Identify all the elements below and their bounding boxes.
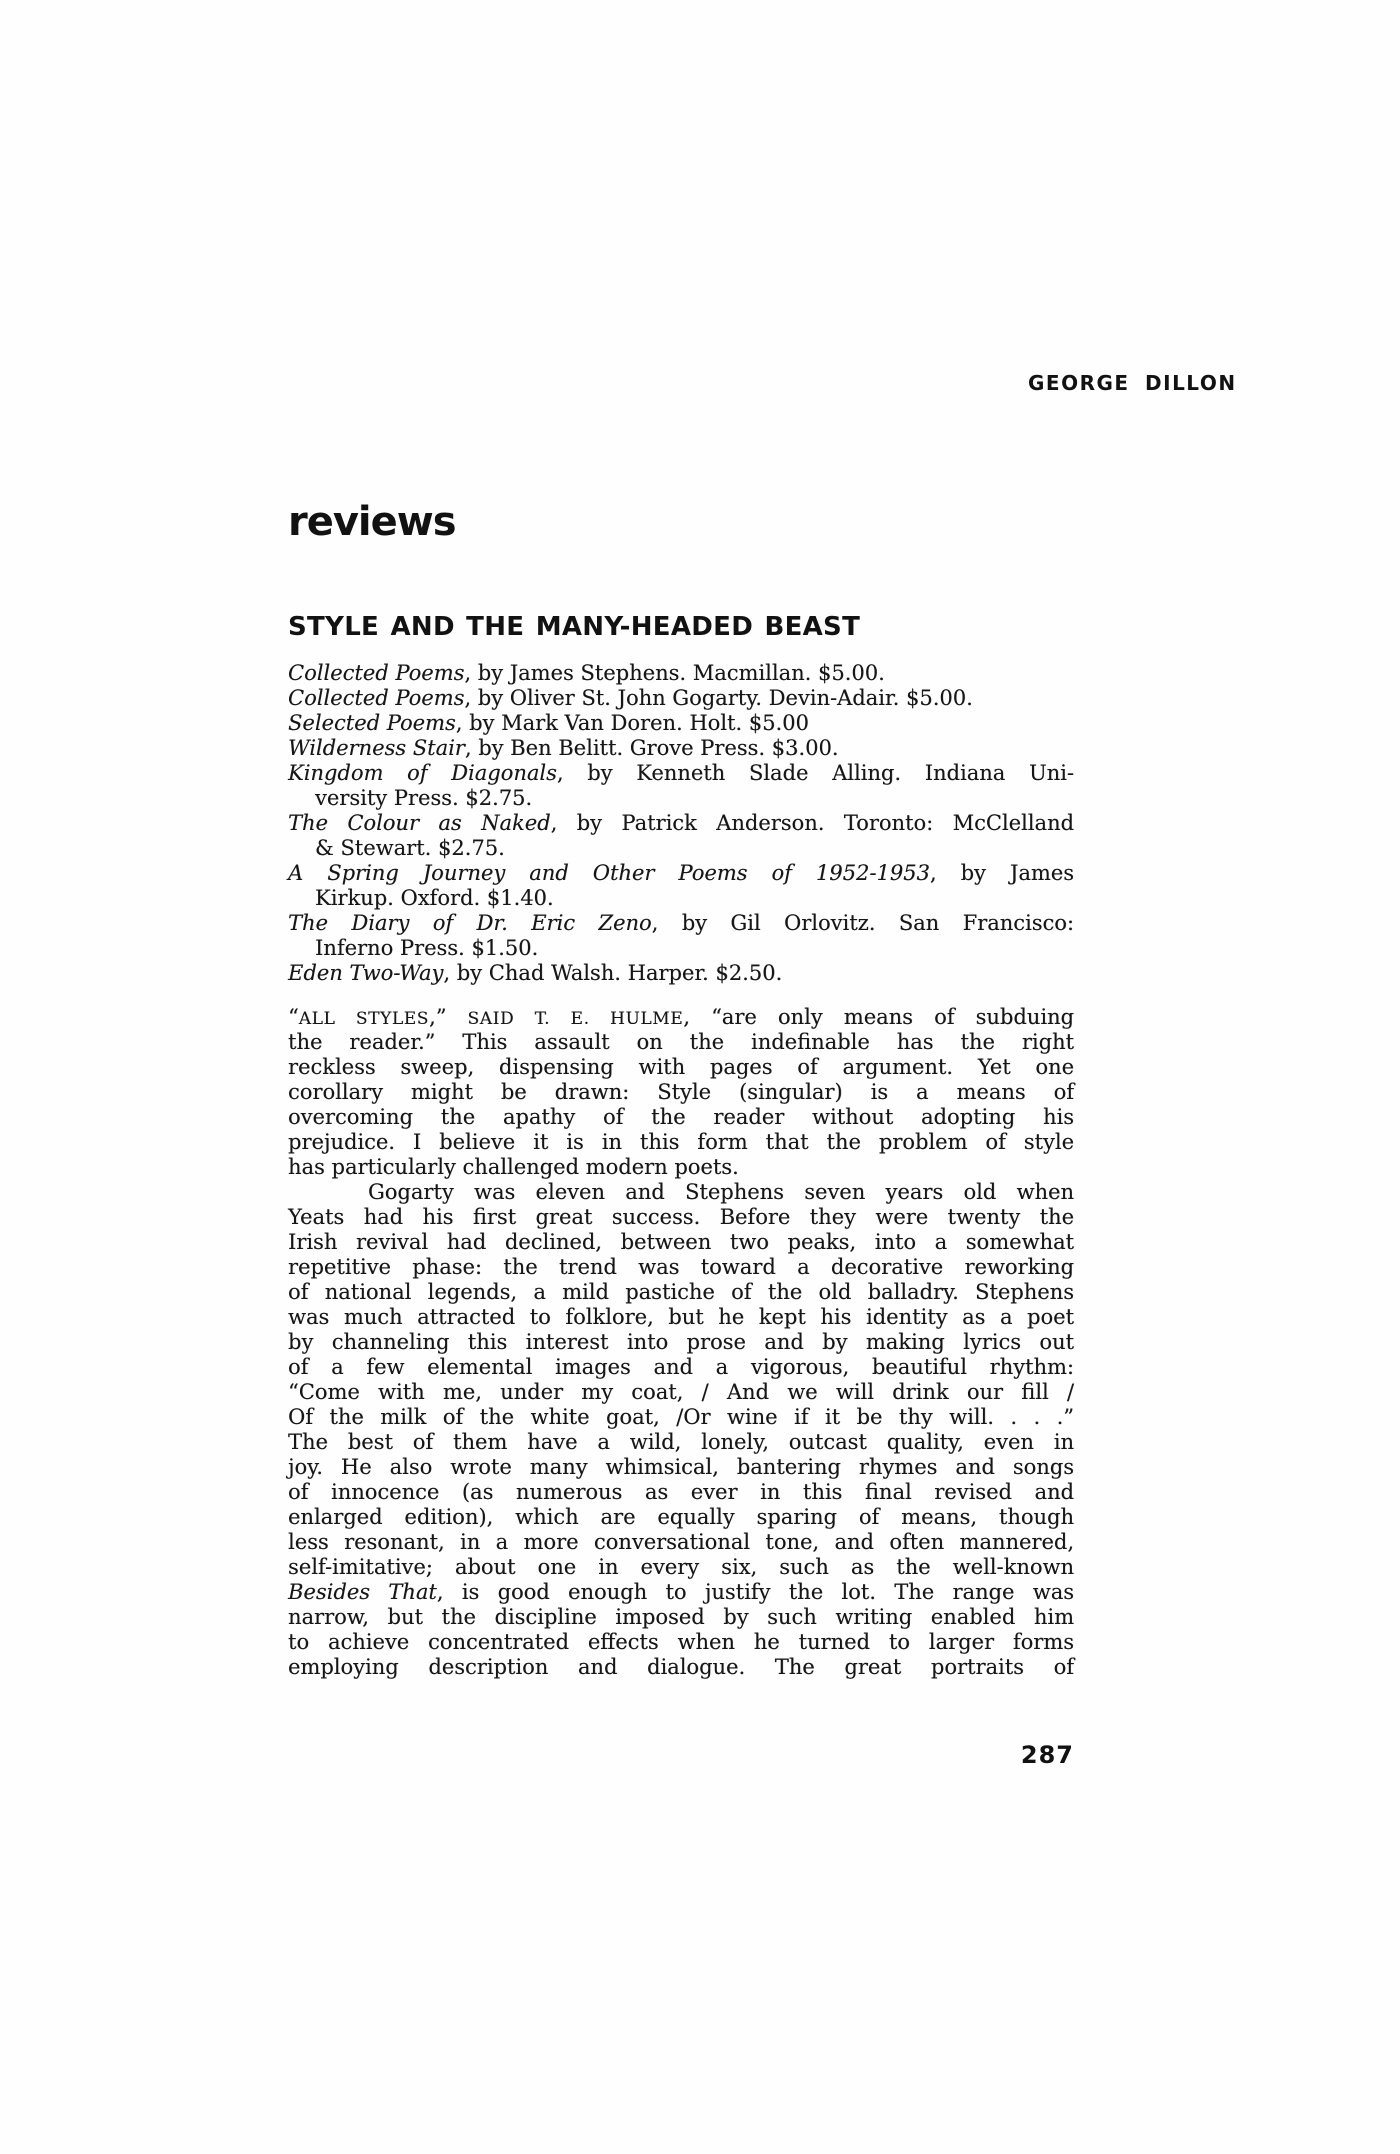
paragraph-line: “Come with me, under my coat, / And we w… [288, 1380, 1074, 1405]
book-entry-line: Collected Poems, by Oliver St. John Goga… [288, 686, 1074, 711]
book-entry: Wilderness Stair, by Ben Belitt. Grove P… [288, 736, 1074, 761]
paragraph-line: narrow, but the discipline imposed by su… [288, 1605, 1074, 1630]
book-entry-line: versity Press. $2.75. [288, 786, 1074, 811]
paragraph-line: reckless sweep, dispensing with pages of… [288, 1055, 1074, 1080]
paragraph-line: was much attracted to folklore, but he k… [288, 1305, 1074, 1330]
paragraph-line: enlarged edition), which are equally spa… [288, 1505, 1074, 1530]
paragraph-line: Irish revival had declined, between two … [288, 1230, 1074, 1255]
article-heading: STYLE AND THE MANY-HEADED BEAST [288, 612, 860, 642]
paragraph-line: “ALL STYLES,” SAID T. E. HULME, “are onl… [288, 1005, 1074, 1030]
running-header-author: GEORGE DILLON [1028, 371, 1237, 395]
book-entry-line: Kingdom of Diagonals, by Kenneth Slade A… [288, 761, 1074, 786]
book-entry: Collected Poems, by James Stephens. Macm… [288, 661, 1074, 686]
book-entry: The Colour as Naked, by Patrick Anderson… [288, 811, 1074, 861]
scanned-page: GEORGE DILLON reviews STYLE AND THE MANY… [0, 0, 1400, 2154]
book-entry-line: The Diary of Dr. Eric Zeno, by Gil Orlov… [288, 911, 1074, 936]
paragraph-line: of a few elemental images and a vigorous… [288, 1355, 1074, 1380]
book-entry-line: Inferno Press. $1.50. [288, 936, 1074, 961]
book-entry: Selected Poems, by Mark Van Doren. Holt.… [288, 711, 1074, 736]
book-entry: A Spring Journey and Other Poems of 1952… [288, 861, 1074, 911]
paragraph-line: self-imitative; about one in every six, … [288, 1555, 1074, 1580]
paragraph-line: by channeling this interest into prose a… [288, 1330, 1074, 1355]
book-entry-line: & Stewart. $2.75. [288, 836, 1074, 861]
book-entry-line: Selected Poems, by Mark Van Doren. Holt.… [288, 711, 1074, 736]
paragraph-line: Yeats had his first great success. Befor… [288, 1205, 1074, 1230]
paragraph-line: of national legends, a mild pastiche of … [288, 1280, 1074, 1305]
book-list: Collected Poems, by James Stephens. Macm… [288, 661, 1074, 986]
paragraph-line: repetitive phase: the trend was toward a… [288, 1255, 1074, 1280]
book-entry-line: Kirkup. Oxford. $1.40. [288, 886, 1074, 911]
paragraph-line: the reader.” This assault on the indefin… [288, 1030, 1074, 1055]
book-entry: The Diary of Dr. Eric Zeno, by Gil Orlov… [288, 911, 1074, 961]
book-entry-line: A Spring Journey and Other Poems of 1952… [288, 861, 1074, 886]
page-number: 287 [288, 1741, 1074, 1769]
book-entry: Kingdom of Diagonals, by Kenneth Slade A… [288, 761, 1074, 811]
paragraph-line: less resonant, in a more conversational … [288, 1530, 1074, 1555]
section-title: reviews [288, 500, 456, 544]
paragraph-line: Gogarty was eleven and Stephens seven ye… [288, 1180, 1074, 1205]
paragraph-line: of innocence (as numerous as ever in thi… [288, 1480, 1074, 1505]
book-entry-line: Wilderness Stair, by Ben Belitt. Grove P… [288, 736, 1074, 761]
paragraph-line: to achieve concentrated effects when he … [288, 1630, 1074, 1655]
paragraph-line: joy. He also wrote many whimsical, bante… [288, 1455, 1074, 1480]
paragraph-line: overcoming the apathy of the reader with… [288, 1105, 1074, 1130]
book-entry-line: Eden Two-Way, by Chad Walsh. Harper. $2.… [288, 961, 1074, 986]
paragraph-line: Of the milk of the white goat, /Or wine … [288, 1405, 1074, 1430]
paragraph-line: has particularly challenged modern poets… [288, 1155, 1074, 1180]
paragraph-line: Besides That, is good enough to justify … [288, 1580, 1074, 1605]
paragraph-line: prejudice. I believe it is in this form … [288, 1130, 1074, 1155]
paragraph-line: employing description and dialogue. The … [288, 1655, 1074, 1680]
review-body: “ALL STYLES,” SAID T. E. HULME, “are onl… [288, 1005, 1074, 1680]
book-entry: Collected Poems, by Oliver St. John Goga… [288, 686, 1074, 711]
paragraph: Gogarty was eleven and Stephens seven ye… [288, 1180, 1074, 1680]
book-entry-line: Collected Poems, by James Stephens. Macm… [288, 661, 1074, 686]
paragraph: “ALL STYLES,” SAID T. E. HULME, “are onl… [288, 1005, 1074, 1180]
book-entry: Eden Two-Way, by Chad Walsh. Harper. $2.… [288, 961, 1074, 986]
paragraph-line: corollary might be drawn: Style (singula… [288, 1080, 1074, 1105]
book-entry-line: The Colour as Naked, by Patrick Anderson… [288, 811, 1074, 836]
paragraph-line: The best of them have a wild, lonely, ou… [288, 1430, 1074, 1455]
